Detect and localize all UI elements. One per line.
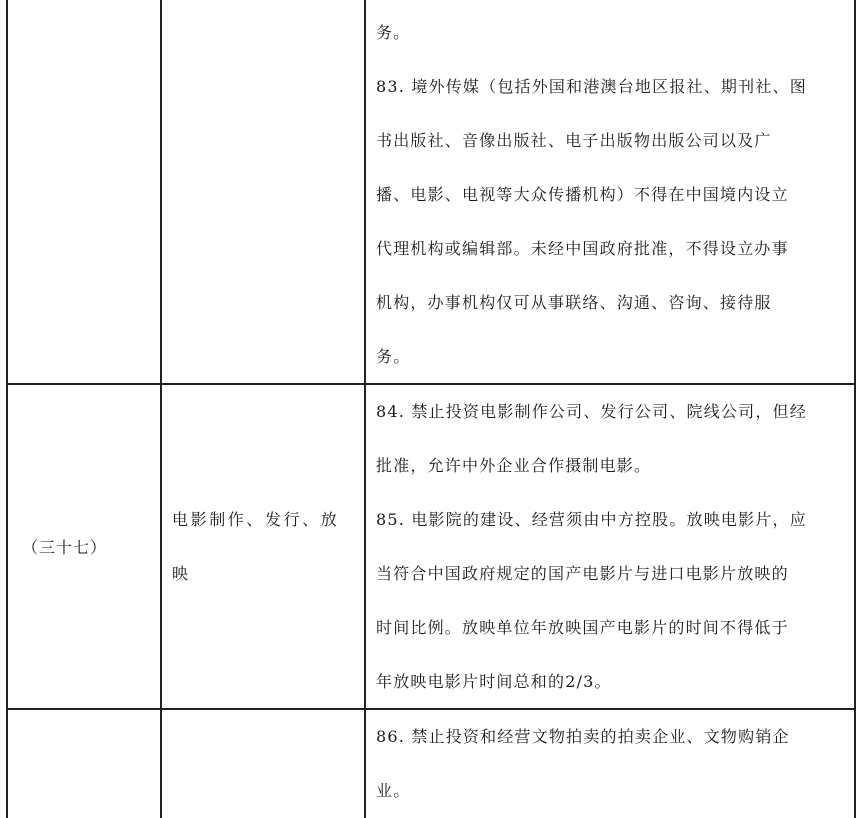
item-number: （三十七） (8, 535, 107, 558)
category-cell: 电影制作、发行、放 映 (162, 385, 366, 708)
content-line: 务。 (376, 330, 844, 384)
content-line: 代理机构或编辑部。未经中国政府批准，不得设立办事 (376, 222, 844, 276)
content-line: 务。 (376, 6, 844, 60)
item-number-cell (8, 0, 162, 383)
content-line: 书出版社、音像出版社、电子出版物出版公司以及广 (376, 114, 844, 168)
content-line: 业。 (376, 764, 844, 818)
regulation-table: 务。 83. 境外传媒（包括外国和港澳台地区报社、期刊社、图 书出版社、音像出版… (6, 0, 856, 818)
content-line: 86. 禁止投资和经营文物拍卖的拍卖企业、文物购销企 (376, 710, 844, 764)
category-line: 电影制作、发行、放 (172, 493, 339, 547)
content-line: 85. 电影院的建设、经营须由中方控股。放映电影片，应 (376, 493, 844, 547)
content-line: 时间比例。放映单位年放映国产电影片的时间不得低于 (376, 601, 844, 655)
table-row: 务。 83. 境外传媒（包括外国和港澳台地区报社、期刊社、图 书出版社、音像出版… (8, 0, 854, 385)
category-line: 映 (172, 547, 339, 601)
item-number-cell (8, 710, 162, 818)
content-cell: 84. 禁止投资电影制作公司、发行公司、院线公司，但经 批准，允许中外企业合作摄… (366, 385, 854, 708)
content-line: 84. 禁止投资电影制作公司、发行公司、院线公司，但经 (376, 385, 844, 439)
content-line: 播、电影、电视等大众传播机构）不得在中国境内设立 (376, 168, 844, 222)
category-cell (162, 0, 366, 383)
content-cell: 务。 83. 境外传媒（包括外国和港澳台地区报社、期刊社、图 书出版社、音像出版… (366, 0, 854, 383)
category-cell (162, 710, 366, 818)
item-number-cell: （三十七） (8, 385, 162, 708)
content-line: 机构，办事机构仅可从事联络、沟通、咨询、接待服 (376, 276, 844, 330)
content-line: 83. 境外传媒（包括外国和港澳台地区报社、期刊社、图 (376, 60, 844, 114)
content-cell: 86. 禁止投资和经营文物拍卖的拍卖企业、文物购销企 业。 (366, 710, 854, 818)
content-line: 当符合中国政府规定的国产电影片与进口电影片放映的 (376, 547, 844, 601)
table-row: 86. 禁止投资和经营文物拍卖的拍卖企业、文物购销企 业。 (8, 710, 854, 818)
content-line: 批准，允许中外企业合作摄制电影。 (376, 439, 844, 493)
table-row: （三十七） 电影制作、发行、放 映 84. 禁止投资电影制作公司、发行公司、院线… (8, 385, 854, 710)
content-line: 年放映电影片时间总和的2/3。 (376, 655, 844, 709)
